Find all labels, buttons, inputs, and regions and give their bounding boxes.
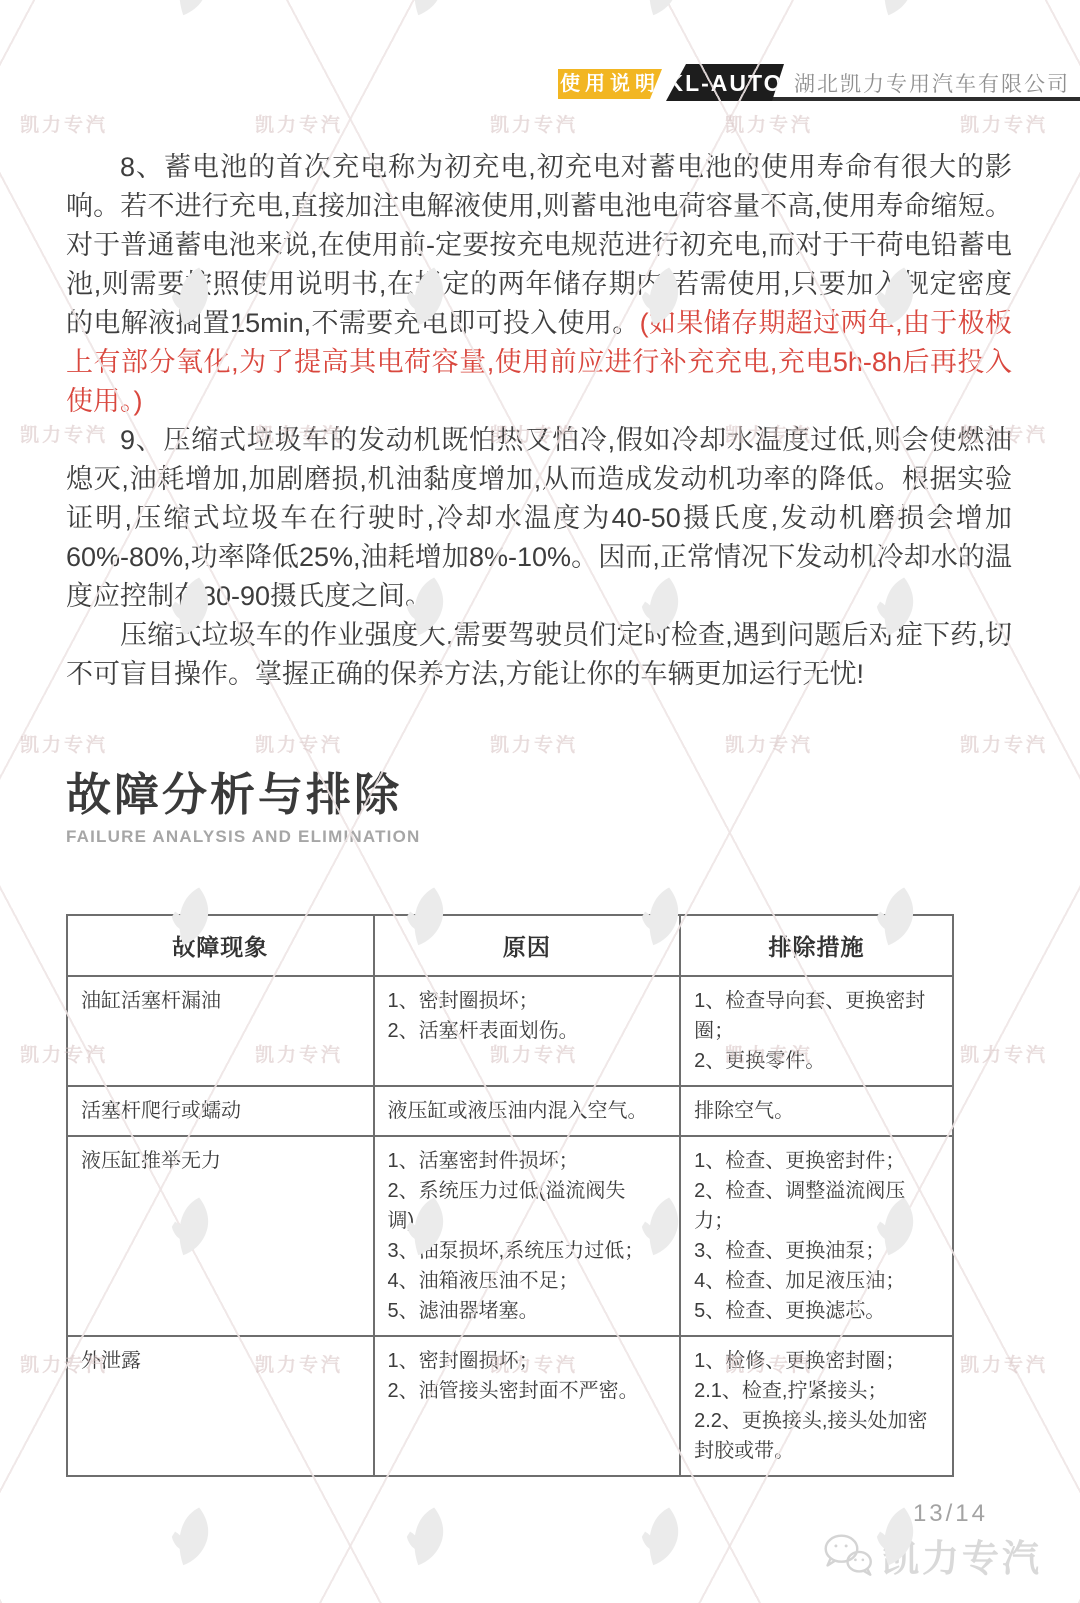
page-content: 8、蓄电池的首次充电称为初充电,初充电对蓄电池的使用寿命有很大的影响。若不进行充… (0, 148, 1080, 1477)
wm-text: 凯力专汽 (490, 110, 578, 137)
wechat-icon (822, 1532, 874, 1578)
usage-badge-label: 使用说明 (560, 73, 660, 95)
cell-remedy: 1、检修、更换密封圈； 2.1、检查,拧紧接头； 2.2、更换接头,接头处加密封… (680, 1336, 953, 1476)
usage-badge: 使用说明 (558, 69, 662, 99)
fault-table: 故障现象 原因 排除措施 油缸活塞杆漏油 1、密封圈损坏； 2、活塞杆表面划伤。… (66, 914, 954, 1477)
wm-text: 凯力专汽 (20, 110, 108, 137)
footer-logo: 凯力专汽 (822, 1528, 1042, 1582)
paragraph-8: 8、蓄电池的首次充电称为初充电,初充电对蓄电池的使用寿命有很大的影响。若不进行充… (66, 148, 1012, 421)
table-header-row: 故障现象 原因 排除措施 (67, 915, 953, 976)
table-row: 液压缸推举无力 1、活塞密封件损坏； 2、系统压力过低(溢流阀失调)； 3、油泵… (67, 1136, 953, 1336)
footer-logo-text: 凯力专汽 (882, 1528, 1042, 1582)
cell-cause: 1、密封圈损坏； 2、油管接头密封面不严密。 (374, 1336, 681, 1476)
section-heading: 故障分析与排除 FAILURE ANALYSIS AND ELIMINATION (66, 770, 1012, 848)
table-row: 外泄露 1、密封圈损坏； 2、油管接头密封面不严密。 1、检修、更换密封圈； 2… (67, 1336, 953, 1476)
table-row: 活塞杆爬行或蠕动 液压缸或液压油内混入空气。 排除空气。 (67, 1086, 953, 1136)
wm-text: 凯力专汽 (255, 110, 343, 137)
wm-logo-icon (630, 1505, 688, 1571)
table-header-remedy: 排除措施 (680, 915, 953, 976)
company-name: 湖北凯力专用汽车有限公司 (794, 68, 1070, 98)
brand-banner-label: KL-AUTO (666, 70, 783, 96)
cell-cause: 1、活塞密封件损坏； 2、系统压力过低(溢流阀失调)； 3、油泵损坏,系统压力过… (374, 1136, 681, 1336)
cell-cause: 液压缸或液压油内混入空气。 (374, 1086, 681, 1136)
cell-cause: 1、密封圈损坏； 2、活塞杆表面划伤。 (374, 976, 681, 1086)
closing-paragraph: 压缩式垃圾车的作业强度大,需要驾驶员们定时检查,遇到问题后对症下药,切不可盲目操… (66, 616, 1012, 694)
cell-remedy: 1、检查、更换密封件； 2、检查、调整溢流阀压力； 3、检查、更换油泵； 4、检… (680, 1136, 953, 1336)
wm-text: 凯力专汽 (960, 110, 1048, 137)
page-number: 13/14 (913, 1500, 988, 1528)
cell-remedy: 排除空气。 (680, 1086, 953, 1136)
cell-phenomenon: 液压缸推举无力 (67, 1136, 374, 1336)
cell-remedy: 1、检查导向套、更换密封圈； 2、更换零件。 (680, 976, 953, 1086)
section-subtitle: FAILURE ANALYSIS AND ELIMINATION (66, 826, 1012, 848)
brand-banner: KL-AUTO (666, 64, 784, 101)
cell-phenomenon: 油缸活塞杆漏油 (67, 976, 374, 1086)
table-row: 油缸活塞杆漏油 1、密封圈损坏； 2、活塞杆表面划伤。 1、检查导向套、更换密封… (67, 976, 953, 1086)
wm-logo-icon (160, 1505, 218, 1571)
cell-phenomenon: 活塞杆爬行或蠕动 (67, 1086, 374, 1136)
table-header-cause: 原因 (374, 915, 681, 976)
cell-phenomenon: 外泄露 (67, 1336, 374, 1476)
table-header-phenomenon: 故障现象 (67, 915, 374, 976)
document-page: 使用说明 KL-AUTO 湖北凯力专用汽车有限公司 8、蓄电池的首次充电称为初充… (0, 0, 1080, 1603)
wm-text: 凯力专汽 (725, 110, 813, 137)
page-header: 使用说明 KL-AUTO 湖北凯力专用汽车有限公司 (0, 0, 1080, 110)
section-title: 故障分析与排除 (66, 770, 1012, 820)
paragraph-9: 9、压缩式垃圾车的发动机既怕热又怕冷,假如冷却水温度过低,则会使燃油熄灭,油耗增… (66, 421, 1012, 616)
wm-logo-icon (395, 1505, 453, 1571)
